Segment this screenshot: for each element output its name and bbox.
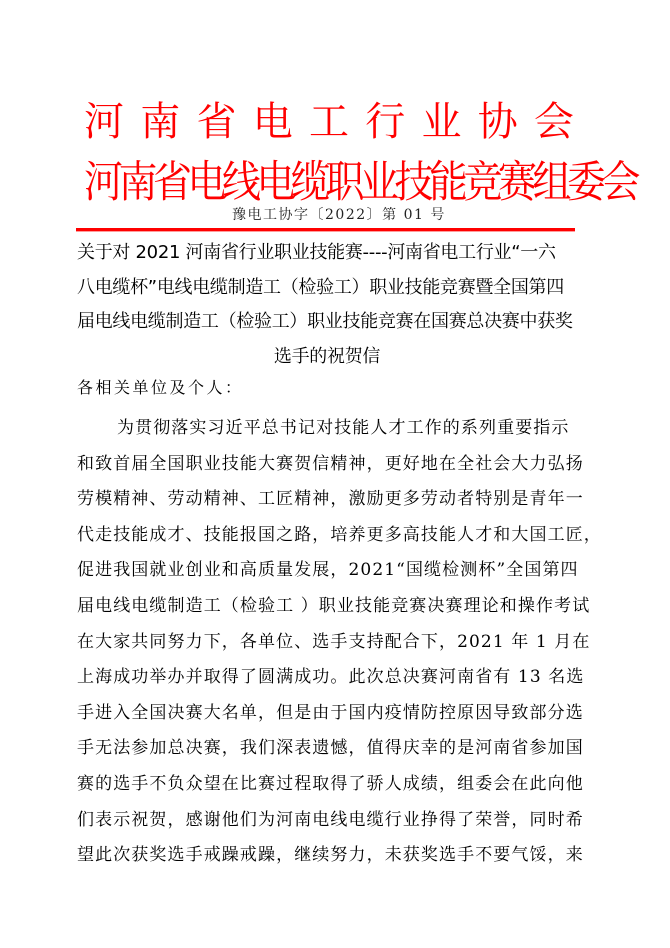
body-line: 望此次获奖选手戒躁戒躁，继续努力，未获奖选手不要气馁，来 — [77, 838, 577, 874]
org-name-char: 电 — [253, 98, 293, 146]
body-line: 为贯彻落实习近平总书记对技能人才工作的系列重要指示 — [77, 411, 577, 447]
body-line: 和致首届全国职业技能大赛贺信精神，更好地在全社会大力弘扬 — [77, 447, 577, 483]
title-line: 选手的祝贺信 — [77, 340, 577, 375]
org-name-char: 南 — [140, 98, 180, 146]
document-number: 豫电工协字〔2022〕第 01 号 — [232, 206, 446, 224]
org-name-char: 协 — [478, 98, 518, 146]
org-name-char: 业 — [422, 98, 462, 146]
title-line: 八电缆杯”电线电缆制造工（检验工）职业技能竞赛暨全国第四 — [77, 271, 577, 306]
org-name-char: 行 — [365, 98, 405, 146]
org-name-char: 工 — [309, 98, 349, 146]
body-line: 届电线电缆制造工（检验工 ）职业技能竞赛决赛理论和操作考试 — [77, 589, 577, 625]
body-line: 手进入全国决赛大名单，但是由于国内疫情防控原因导致部分选 — [77, 696, 577, 732]
letter-title: 关于对 2021 河南省行业职业技能赛----河南省电工行业“一六 八电缆杯”电… — [77, 236, 577, 374]
org-name-char: 河 — [84, 98, 124, 146]
body-line: 劳模精神、劳动精神、工匠精神，激励更多劳动者特别是青年一 — [77, 482, 577, 518]
salutation: 各相关单位及个人： — [77, 376, 244, 400]
org-name-char: 会 — [534, 98, 574, 146]
org-name-char: 省 — [197, 98, 237, 146]
letterhead-divider — [76, 228, 575, 231]
title-line: 关于对 2021 河南省行业职业技能赛----河南省电工行业“一六 — [77, 236, 577, 271]
body-line: 促进我国就业创业和高质量发展，2021“国缆检测杯”全国第四 — [77, 553, 577, 589]
body-line: 代走技能成才、技能报国之路，培养更多高技能人才和大国工匠， — [77, 518, 577, 554]
body-line: 赛的选手不负众望在比赛过程取得了骄人成绩，组委会在此向他 — [77, 767, 577, 803]
body-line: 们表示祝贺，感谢他们为河南电线电缆行业挣得了荣誉，同时希 — [77, 803, 577, 839]
body-line: 手无法参加总决赛，我们深表遗憾，值得庆幸的是河南省参加国 — [77, 731, 577, 767]
letter-body: 为贯彻落实习近平总书记对技能人才工作的系列重要指示 和致首届全国职业技能大赛贺信… — [77, 411, 577, 874]
document-page: 河 南 省 电 工 行 业 协 会 河南省电线电缆职业技能竞赛组委会 豫电工协字… — [0, 0, 670, 948]
letterhead-org-name: 河 南 省 电 工 行 业 协 会 — [84, 98, 574, 146]
body-line: 上海成功举办并取得了圆满成功。此次总决赛河南省有 13 名选 — [77, 660, 577, 696]
title-line: 届电线电缆制造工（检验工）职业技能竞赛在国赛总决赛中获奖 — [77, 305, 577, 340]
body-line: 在大家共同努力下，各单位、选手支持配合下，2021 年 1 月在 — [77, 625, 577, 661]
